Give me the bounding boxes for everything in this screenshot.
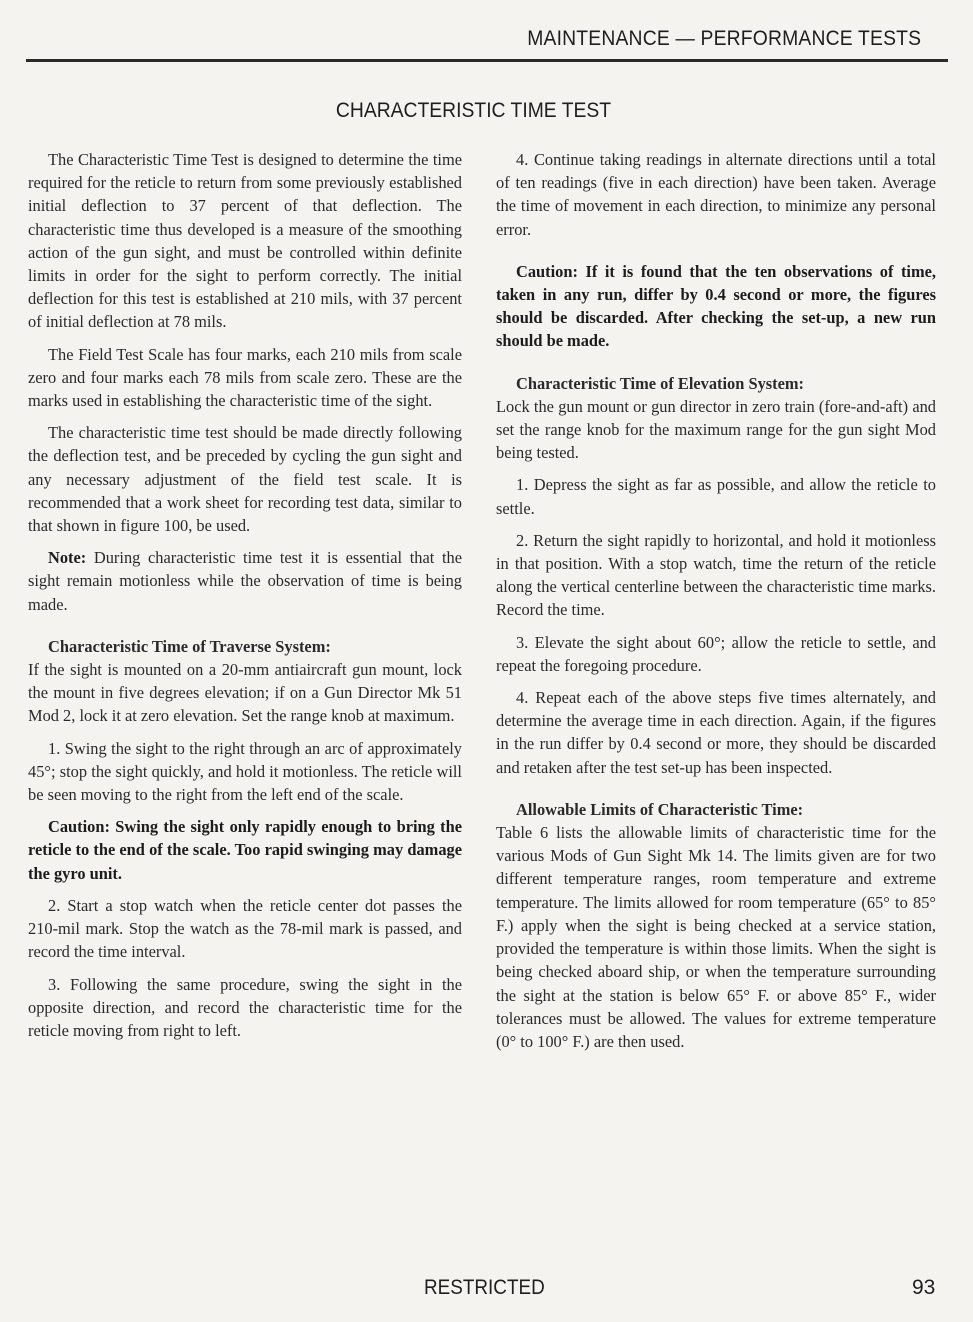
left-column: The Characteristic Time Test is designed… — [28, 148, 462, 1042]
elevation-step-2: 2. Return the sight rapidly to horizonta… — [496, 529, 936, 622]
elevation-heading: Characteristic Time of Elevation System: — [496, 372, 936, 395]
traverse-heading: Characteristic Time of Traverse System: — [28, 635, 462, 658]
traverse-step-3: 3. Following the same procedure, swing t… — [28, 973, 462, 1043]
traverse-intro: If the sight is mounted on a 20-mm antia… — [28, 658, 462, 728]
intro-paragraph: The Characteristic Time Test is designed… — [28, 148, 462, 334]
limits-paragraph: Table 6 lists the allowable limits of ch… — [496, 821, 936, 1053]
header-rule — [26, 59, 948, 62]
note-label: Note: — [48, 548, 86, 567]
note-text: During characteristic time test it is es… — [28, 548, 462, 613]
limits-heading: Allowable Limits of Characteristic Time: — [496, 798, 936, 821]
running-header: MAINTENANCE — PERFORMANCE TESTS — [527, 27, 921, 51]
traverse-step-2: 2. Start a stop watch when the reticle c… — [28, 894, 462, 964]
elevation-step-1: 1. Depress the sight as far as possible,… — [496, 473, 936, 519]
elevation-step-4: 4. Repeat each of the above steps five t… — [496, 686, 936, 779]
traverse-step-1: 1. Swing the sight to the right through … — [28, 737, 462, 807]
procedure-paragraph: The characteristic time test should be m… — [28, 421, 462, 537]
elevation-step-3: 3. Elevate the sight about 60°; allow th… — [496, 631, 936, 677]
section-title: CHARACTERISTIC TIME TEST — [38, 99, 909, 123]
page-number: 93 — [912, 1276, 935, 1300]
traverse-caution: Caution: Swing the sight only rapidly en… — [28, 815, 462, 885]
classification-footer: RESTRICTED — [424, 1276, 545, 1300]
elevation-intro: Lock the gun mount or gun director in ze… — [496, 395, 936, 465]
traverse-step-4: 4. Continue taking readings in alternate… — [496, 148, 936, 241]
field-scale-paragraph: The Field Test Scale has four marks, eac… — [28, 343, 462, 413]
ten-observations-caution: Caution: If it is found that the ten obs… — [496, 260, 936, 353]
right-column: 4. Continue taking readings in alternate… — [496, 148, 936, 1053]
note-paragraph: Note: During characteristic time test it… — [28, 546, 462, 616]
